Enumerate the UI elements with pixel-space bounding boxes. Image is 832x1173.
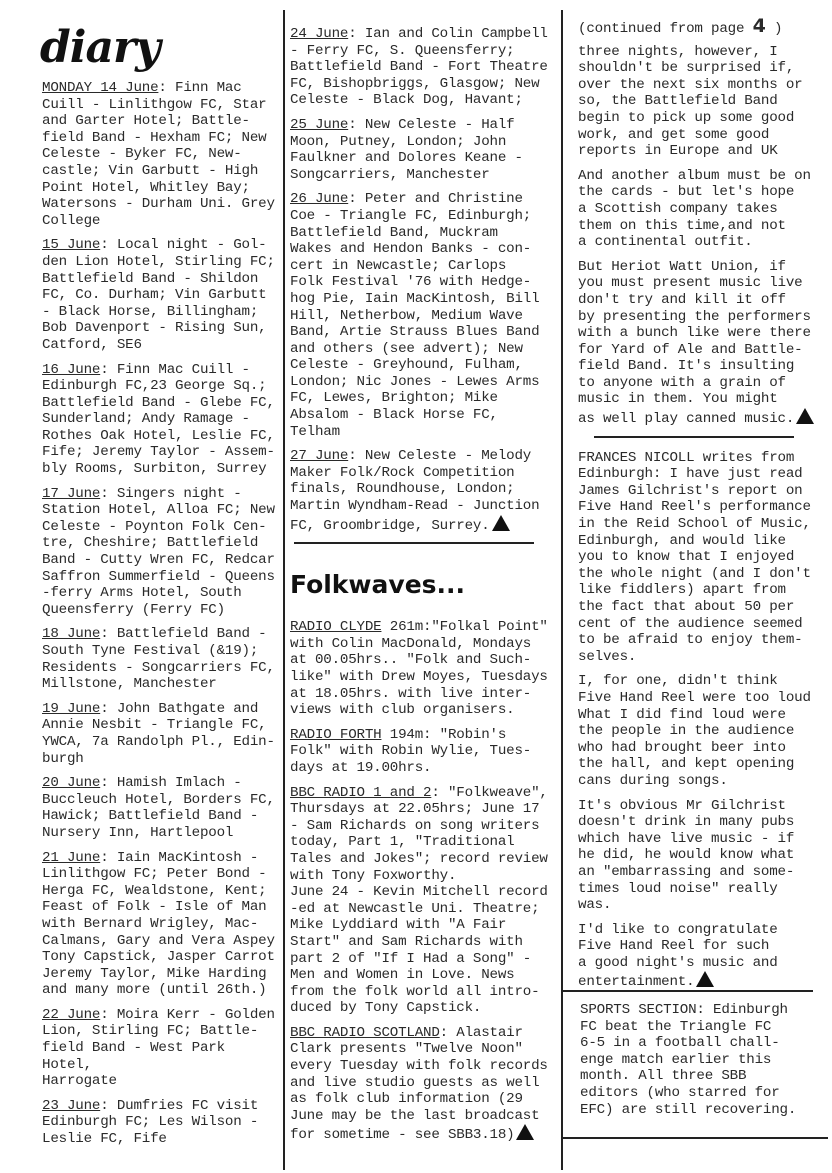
radio-entry: RADIO FORTH 194m: "Robin's Folk" with Ro… (290, 727, 562, 777)
letter-paragraph: I'd like to congratulate Five Hand Reel … (578, 922, 828, 991)
article-paragraph: And another album must be on the cards -… (578, 168, 828, 251)
diary-entry: MONDAY 14 June: Finn Mac Cuill - Linlith… (42, 80, 282, 229)
diary-entry: 27 June: New Celeste - Melody Maker Folk… (290, 448, 562, 534)
column-divider-left (283, 10, 285, 1170)
diary-entry: 25 June: New Celeste - Half Moon, Putney… (290, 117, 562, 183)
diary-entry: 16 June: Finn Mac Cuill - Edinburgh FC,2… (42, 362, 282, 478)
folkwaves-title: Folkwaves... (290, 570, 562, 599)
end-of-article-triangle-icon (492, 515, 510, 531)
section-divider (594, 436, 794, 438)
sports-section: SPORTS SECTION: Edinburgh FC beat the Tr… (580, 1002, 830, 1118)
diary-column-2: 24 June: Ian and Colin Campbell - Ferry … (290, 26, 562, 1152)
continued-note: (continued from page 4 ) (578, 18, 828, 38)
radio-entry: RADIO CLYDE 261m:"Folkal Point" with Col… (290, 619, 562, 719)
diary-entry: 21 June: Iain MacKintosh - Linlithgow FC… (42, 850, 282, 999)
letter-paragraph: It's obvious Mr Gilchrist doesn't drink … (578, 798, 828, 914)
section-divider (563, 990, 813, 992)
letter-paragraph: FRANCES NICOLL writes from Edinburgh: I … (578, 450, 828, 666)
radio-entry: BBC RADIO 1 and 2: "Folkweave", Thursday… (290, 785, 562, 1017)
article-paragraph: three nights, however, I shouldn't be su… (578, 44, 828, 160)
end-of-article-triangle-icon (516, 1124, 534, 1140)
diary-entry: 26 June: Peter and Christine Coe - Trian… (290, 191, 562, 440)
letters-column: (continued from page 4 ) three nights, h… (578, 18, 828, 999)
diary-column-1: MONDAY 14 June: Finn Mac Cuill - Linlith… (42, 80, 282, 1156)
diary-entry: 15 June: Local night - Gol- den Lion Hot… (42, 237, 282, 353)
diary-entry: 22 June: Moira Kerr - Golden Lion, Stirl… (42, 1007, 282, 1090)
diary-entry: 20 June: Hamish Imlach - Buccleuch Hotel… (42, 775, 282, 841)
diary-entry: 19 June: John Bathgate and Annie Nesbit … (42, 701, 282, 767)
diary-entry: 18 June: Battlefield Band - South Tyne F… (42, 626, 282, 692)
diary-entry: 17 June: Singers night - Station Hotel, … (42, 486, 282, 619)
diary-title: diary (40, 22, 160, 73)
article-paragraph: But Heriot Watt Union, if you must prese… (578, 259, 828, 428)
section-divider (563, 1137, 828, 1139)
section-divider (294, 542, 534, 544)
end-of-article-triangle-icon (796, 408, 814, 424)
continued-page-number: 4 (753, 15, 766, 37)
radio-entry: BBC RADIO SCOTLAND: Alastair Clark prese… (290, 1025, 562, 1144)
end-of-article-triangle-icon (696, 971, 714, 987)
diary-entry: 24 June: Ian and Colin Campbell - Ferry … (290, 26, 562, 109)
diary-entry: 23 June: Dumfries FC visit Edinburgh FC;… (42, 1098, 282, 1148)
letter-paragraph: I, for one, didn't think Five Hand Reel … (578, 673, 828, 789)
